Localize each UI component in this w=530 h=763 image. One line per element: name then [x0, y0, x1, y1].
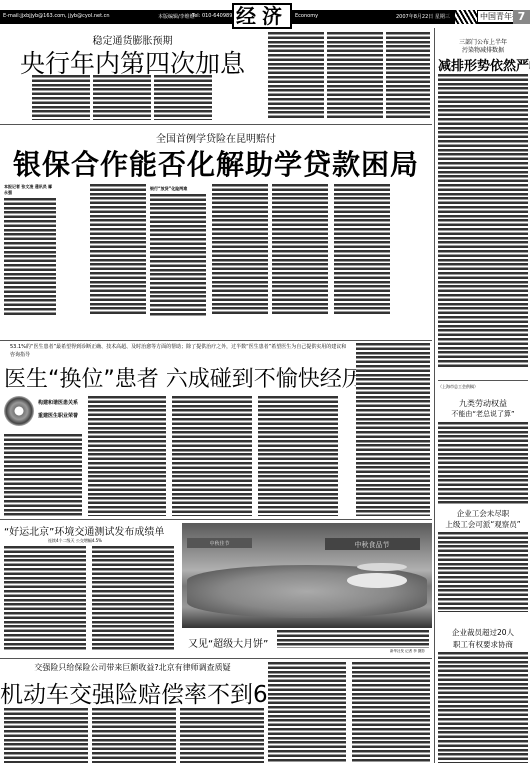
labor-body [438, 422, 528, 504]
mooncake-caption-title: 又见“超级大月饼” [188, 635, 268, 650]
labor-headline-2: 不能由“老总说了算” [436, 409, 530, 419]
insurance-body-col2 [92, 708, 176, 763]
student-loan-headline: 银保合作能否化解助学贷款困局 [0, 143, 432, 183]
mooncake-credit: 新华社发 记者 李 摄影 [390, 649, 425, 654]
central-bank-body-col5 [327, 32, 383, 120]
doctors-body-col4 [258, 396, 338, 516]
labor-source-note: （上海市总工会供稿） [438, 384, 478, 390]
insurance-body-col1 [4, 708, 88, 763]
bargain-body [438, 652, 528, 763]
traffic-subhead: 连续4个二级天 公交增幅4.5% [48, 538, 102, 544]
insurance-body-col4 [268, 662, 346, 763]
mooncake-photo: 中秋佳节 中秋食品节 [182, 523, 432, 628]
insurance-body-col3 [180, 708, 264, 763]
central-bank-body-col2 [93, 75, 151, 120]
mooncake-caption-lines [277, 630, 429, 648]
doctors-badge-line1: 构建和谐医患关系 [38, 399, 78, 406]
bargain-headline-2: 职工有权要求协商 [436, 639, 530, 650]
bargain-headline-1: 企业裁员超过20人 [436, 627, 530, 638]
labor-headline-1: 九类劳动权益 [436, 398, 530, 409]
photo-banner-left: 中秋佳节 [187, 538, 252, 549]
sidebar-divider [434, 28, 435, 763]
photo-banner-right: 中秋食品节 [325, 538, 420, 551]
divider [0, 124, 432, 125]
insurance-headline: 机动车交强险赔偿率不到6% [0, 676, 265, 709]
doctors-deck: 53.1%的“医生患者”最希望得到诊断正确、技术高超、及时治愈等方面的帮助；除了… [10, 343, 350, 359]
traffic-headline: “好运北京”环境交通测试发布成绩单 [4, 523, 174, 538]
insurance-kicker: 交强险只给保险公司带来巨额收益?北京有律师调查质疑 [0, 662, 265, 673]
student-loan-body-col1 [4, 198, 56, 316]
student-loan-body-col6 [334, 184, 390, 316]
divider [0, 658, 432, 659]
doctors-body-col5 [356, 343, 430, 516]
central-bank-body-col1 [32, 75, 90, 120]
doctors-body-col1 [4, 434, 82, 516]
pollution-body [438, 74, 528, 369]
doctors-headline: 医生“换位”患者 六成碰到不愉快经历 [0, 362, 350, 393]
student-loan-subhead: 银行“放贷”化险两难 [150, 186, 187, 192]
student-loan-body-col4 [212, 184, 268, 316]
central-bank-body-col3 [154, 75, 212, 120]
pollution-headline: 减排形势依然严峻 [438, 55, 530, 74]
central-bank-body-col6 [386, 32, 430, 120]
union-headline-1: 企业工会未尽职 [436, 508, 530, 519]
union-body [438, 532, 528, 612]
divider [438, 380, 528, 381]
masthead-email: E-mail:jjxbjjyb@163.com, jjyb@cyol.net.c… [3, 13, 110, 19]
masthead-editor: 本版编辑/李维维 [158, 13, 195, 20]
doctors-body-col3 [172, 396, 252, 516]
student-loan-body-col3 [150, 194, 206, 316]
doctors-badge-line2: 重建医生职业荣誉 [38, 412, 78, 419]
divider [0, 340, 432, 341]
mooncake-small-1 [347, 573, 407, 588]
central-bank-body-col4 [268, 32, 324, 120]
decorative-stripes-icon [455, 10, 477, 24]
student-loan-body-col2 [90, 184, 146, 316]
page-number: 7 [513, 10, 530, 24]
student-loan-byline: 本报记者 张文凌 通讯员 鄢永强 [4, 184, 56, 196]
pollution-kicker-2: 污染物减排数据 [436, 45, 530, 54]
union-headline-2: 上级工会可派“观察员” [436, 519, 530, 530]
student-loan-body-col5 [272, 184, 328, 316]
section-english: Economy [295, 13, 318, 19]
divider [0, 519, 432, 520]
traffic-body-col1 [4, 546, 86, 650]
masthead-date: 2007年8月22日 星期三 [396, 13, 450, 20]
traffic-body-col2 [92, 546, 174, 650]
hospital-emblem-icon [4, 396, 34, 426]
insurance-body-col5 [352, 662, 430, 763]
section-title: 经济 [232, 3, 292, 29]
doctors-body-col2 [88, 396, 166, 516]
